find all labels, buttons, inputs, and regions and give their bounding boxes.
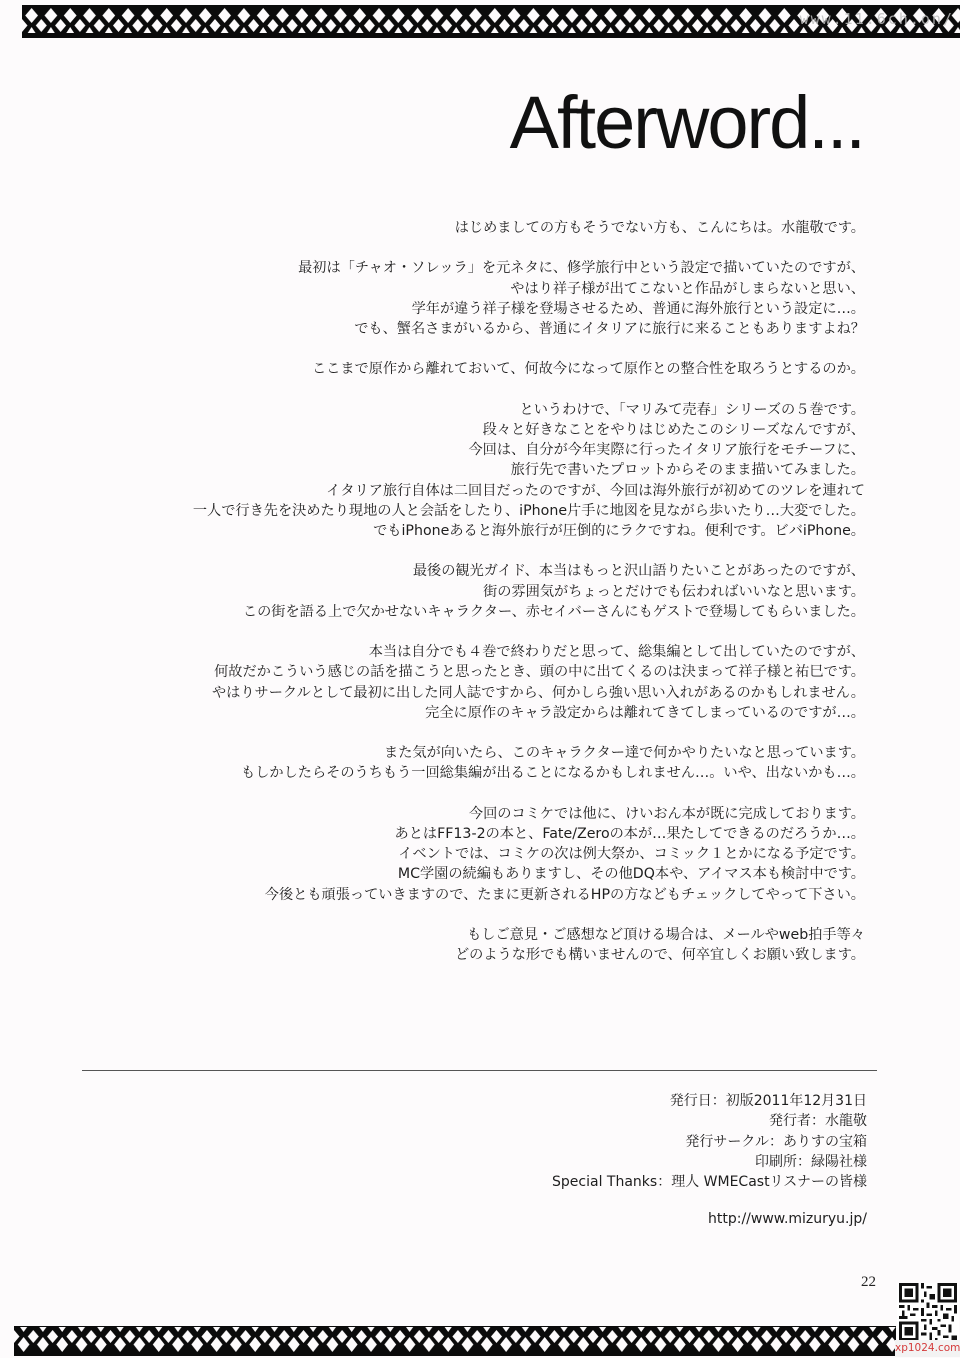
circle-name: 発行サークル：ありすの宝箱 xyxy=(552,1132,867,1152)
text-line: この街を語る上で欠かせないキャラクター、赤セイバーさんにもゲストで登場してもらい… xyxy=(85,602,865,622)
text-line: 最後の観光ガイド、本当はもっと沢山語りたいことがあったのですが、 xyxy=(85,561,865,581)
text-line: はじめましての方もそうでない方も、こんにちは。水龍敬です。 xyxy=(85,218,865,238)
paragraph-series: というわけで、「マリみて売春」シリーズの５巻です。 段々と好きなことをやりはじめ… xyxy=(85,400,865,541)
bottom-diamond-border xyxy=(14,1326,896,1356)
text-line: 段々と好きなことをやりはじめたこのシリーズなんですが、 xyxy=(85,420,865,440)
qr-watermark-label: xp1024.com xyxy=(895,1340,960,1357)
text-line: 本当は自分でも４巻で終わりだと思って、総集編として出していたのですが、 xyxy=(85,642,865,662)
text-line: また気が向いたら、このキャラクター達で何かやりたいなと思っています。 xyxy=(85,743,865,763)
colophon-divider xyxy=(82,1070,877,1071)
paragraph-origin: 最初は「チャオ・ソレッラ」を元ネタに、修学旅行中という設定で描いていたのですが、… xyxy=(85,258,865,339)
paragraph-aside: ここまで原作から離れておいて、何故今になって原作との整合性を取ろうとするのか。 xyxy=(85,359,865,379)
text-line: 街の雰囲気がちょっとだけでも伝わればいいなと思います。 xyxy=(85,582,865,602)
qr-code-icon xyxy=(897,1283,959,1341)
text-line: 今回は、自分が今年実際に行ったイタリア旅行をモチーフに、 xyxy=(85,440,865,460)
afterword-body: はじめましての方もそうでない方も、こんにちは。水龍敬です。 最初は「チャオ・ソレ… xyxy=(85,218,865,986)
text-line: 一人で行き先を決めたり現地の人と会話をしたり、iPhone片手に地図を見ながら歩… xyxy=(85,501,865,521)
text-line: イベントでは、コミケの次は例大祭か、コミック１とかになる予定です。 xyxy=(85,844,865,864)
text-line: もしご意見・ご感想など頂ける場合は、メールやweb拍手等々 xyxy=(85,925,865,945)
text-line: やはり祥子様が出てこないと作品がしまらないと思い、 xyxy=(85,279,865,299)
website-link[interactable]: http://www.mizuryu.jp/ xyxy=(708,1211,867,1227)
text-line: 学年が違う祥子様を登場させるため、普通に海外旅行という設定に…。 xyxy=(85,299,865,319)
text-line: ここまで原作から離れておいて、何故今になって原作との整合性を取ろうとするのか。 xyxy=(85,359,865,379)
text-line: でもiPhoneあると海外旅行が圧倒的にラクですね。便利です。ビバiPhone。 xyxy=(85,521,865,541)
qr-code xyxy=(897,1283,959,1341)
paragraph-comiket: 今回のコミケでは他に、けいおん本が既に完成しております。 あとはFF13-2の本… xyxy=(85,804,865,905)
page-number: 22 xyxy=(861,1274,876,1291)
text-line: 完全に原作のキャラ設定からは離れてきてしまっているのですが…。 xyxy=(85,703,865,723)
publish-date: 発行日：初版2011年12月31日 xyxy=(552,1091,867,1111)
printer: 印刷所：緑陽社様 xyxy=(552,1152,867,1172)
watermark-text: www.11.6ch.on/ xyxy=(800,10,954,28)
paragraph-greeting: はじめましての方もそうでない方も、こんにちは。水龍敬です。 xyxy=(85,218,865,238)
colophon: 発行日：初版2011年12月31日 発行者：水龍敬 発行サークル：ありすの宝箱 … xyxy=(552,1091,867,1192)
text-line: 今回のコミケでは他に、けいおん本が既に完成しております。 xyxy=(85,804,865,824)
text-line: 今後とも頑張っていきますので、たまに更新されるHPの方などもチェックしてやって下… xyxy=(85,885,865,905)
text-line: もしかしたらそのうちもう一回総集編が出ることになるかもしれません…。いや、出ない… xyxy=(85,763,865,783)
text-line: というわけで、「マリみて売春」シリーズの５巻です。 xyxy=(85,400,865,420)
text-line: あとはFF13-2の本と、Fate/Zeroの本が…果たしてできるのだろうか…。 xyxy=(85,824,865,844)
text-line: 何故だかこういう感じの話を描こうと思ったとき、頭の中に出てくるのは決まって祥子様… xyxy=(85,662,865,682)
special-thanks: Special Thanks：理人 WMECastリスナーの皆様 xyxy=(552,1172,867,1192)
page-title: Afterword... xyxy=(510,86,864,160)
paragraph-feedback: もしご意見・ご感想など頂ける場合は、メールやweb拍手等々 どのような形でも構い… xyxy=(85,925,865,965)
text-line: MC学園の続編もありますし、その他DQ本や、アイマス本も検討中です。 xyxy=(85,864,865,884)
text-line: イタリア旅行自体は二回目だったのですが、今回は海外旅行が初めてのツレを連れて xyxy=(85,481,865,501)
text-line: 旅行先で書いたプロットからそのまま描いてみました。 xyxy=(85,460,865,480)
text-line: 最初は「チャオ・ソレッラ」を元ネタに、修学旅行中という設定で描いていたのですが、 xyxy=(85,258,865,278)
text-line: でも、蟹名さまがいるから、普通にイタリアに旅行に来ることもありますよね？ xyxy=(85,319,865,339)
text-line: やはりサークルとして最初に出した同人誌ですから、何かしら強い思い入れがあるのかも… xyxy=(85,683,865,703)
paragraph-future: また気が向いたら、このキャラクター達で何かやりたいなと思っています。 もしかした… xyxy=(85,743,865,783)
paragraph-guide: 最後の観光ガイド、本当はもっと沢山語りたいことがあったのですが、 街の雰囲気がち… xyxy=(85,561,865,622)
paragraph-characters: 本当は自分でも４巻で終わりだと思って、総集編として出していたのですが、 何故だか… xyxy=(85,642,865,723)
publisher: 発行者：水龍敬 xyxy=(552,1111,867,1131)
text-line: どのような形でも構いませんので、何卒宜しくお願い致します。 xyxy=(85,945,865,965)
diamond-pattern-icon xyxy=(14,1326,896,1356)
